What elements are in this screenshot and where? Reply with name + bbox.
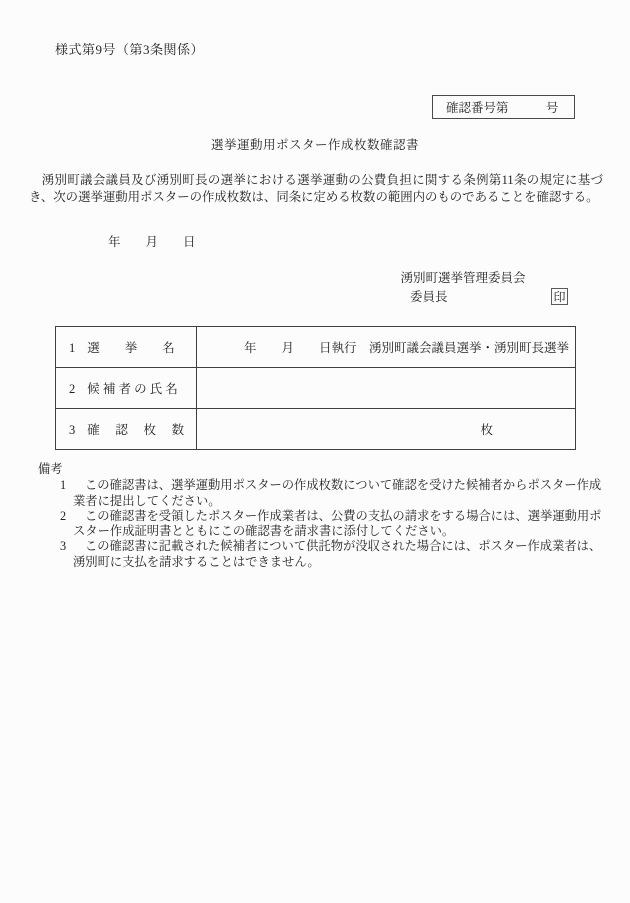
notes-heading: 備考 — [38, 462, 604, 477]
confirmation-number-label: 確認番号第 号 — [446, 98, 559, 116]
table-row: 2候 補 者 の 氏 名 — [56, 368, 576, 409]
document-page: 様式第9号（第3条関係） 確認番号第 号 選挙運動用ポスター作成枚数確認書 湧別… — [0, 0, 630, 903]
table-row: 3確 認 枚 数 枚 — [56, 409, 576, 450]
row-value-cell: 枚 — [197, 409, 576, 450]
note-number: 3 — [60, 539, 85, 554]
note-number: 1 — [60, 478, 85, 493]
note-text: この確認書を受領したポスター作成業者は、公費の支払の請求をする場合には、選挙運動… — [73, 509, 601, 538]
row-number: 1 — [69, 341, 75, 356]
seal-stamp-box: 印 — [551, 288, 568, 305]
note-item: 1この確認書は、選挙運動用ポスターの作成枚数について確認を受けた候補者からポスタ… — [73, 478, 604, 509]
seal-character: 印 — [553, 289, 565, 305]
note-item: 2この確認書を受領したポスター作成業者は、公費の支払の請求をする場合には、選挙運… — [73, 509, 604, 540]
table-row: 1選 挙 名 年 月 日執行 湧別町議会議員選挙・湧別町長選挙 — [56, 327, 576, 368]
row-value-cell — [197, 368, 576, 409]
row-label-cell: 1選 挙 名 — [56, 327, 197, 368]
issuer-role: 委員長 — [410, 289, 448, 305]
notes-section: 備考 1この確認書は、選挙運動用ポスターの作成枚数について確認を受けた候補者から… — [38, 462, 604, 570]
row-label-cell: 2候 補 者 の 氏 名 — [56, 368, 197, 409]
form-number-label: 様式第9号（第3条関係） — [55, 39, 204, 58]
row-label: 確 認 枚 数 — [87, 423, 184, 437]
confirmation-number-box: 確認番号第 号 — [432, 95, 575, 119]
row-value-cell: 年 月 日執行 湧別町議会議員選挙・湧別町長選挙 — [197, 327, 576, 368]
row-label: 選 挙 名 — [87, 341, 175, 355]
page-title: 選挙運動用ポスター作成枚数確認書 — [0, 135, 630, 153]
row-number: 3 — [69, 423, 75, 438]
body-paragraph: 湧別町議会議員及び湧別町長の選挙における選挙運動の公費負担に関する条例第11条の… — [29, 172, 603, 206]
row-number: 2 — [69, 382, 75, 397]
confirmation-table: 1選 挙 名 年 月 日執行 湧別町議会議員選挙・湧別町長選挙 2候 補 者 の… — [55, 326, 576, 450]
date-line: 年 月 日 — [108, 232, 196, 250]
note-number: 2 — [60, 509, 85, 524]
issuer-organization: 湧別町選挙管理委員会 — [350, 270, 576, 286]
issuer-block: 湧別町選挙管理委員会 委員長 印 — [350, 270, 576, 305]
note-text: この確認書に記載された候補者について供託物が没収された場合には、ポスター作成業者… — [73, 539, 601, 568]
row-label-cell: 3確 認 枚 数 — [56, 409, 197, 450]
note-item: 3この確認書に記載された候補者について供託物が没収された場合には、ポスター作成業… — [73, 539, 604, 570]
row-label: 候 補 者 の 氏 名 — [87, 382, 178, 396]
issuer-role-row: 委員長 印 — [350, 288, 576, 305]
note-text: この確認書は、選挙運動用ポスターの作成枚数について確認を受けた候補者からポスター… — [73, 478, 601, 507]
